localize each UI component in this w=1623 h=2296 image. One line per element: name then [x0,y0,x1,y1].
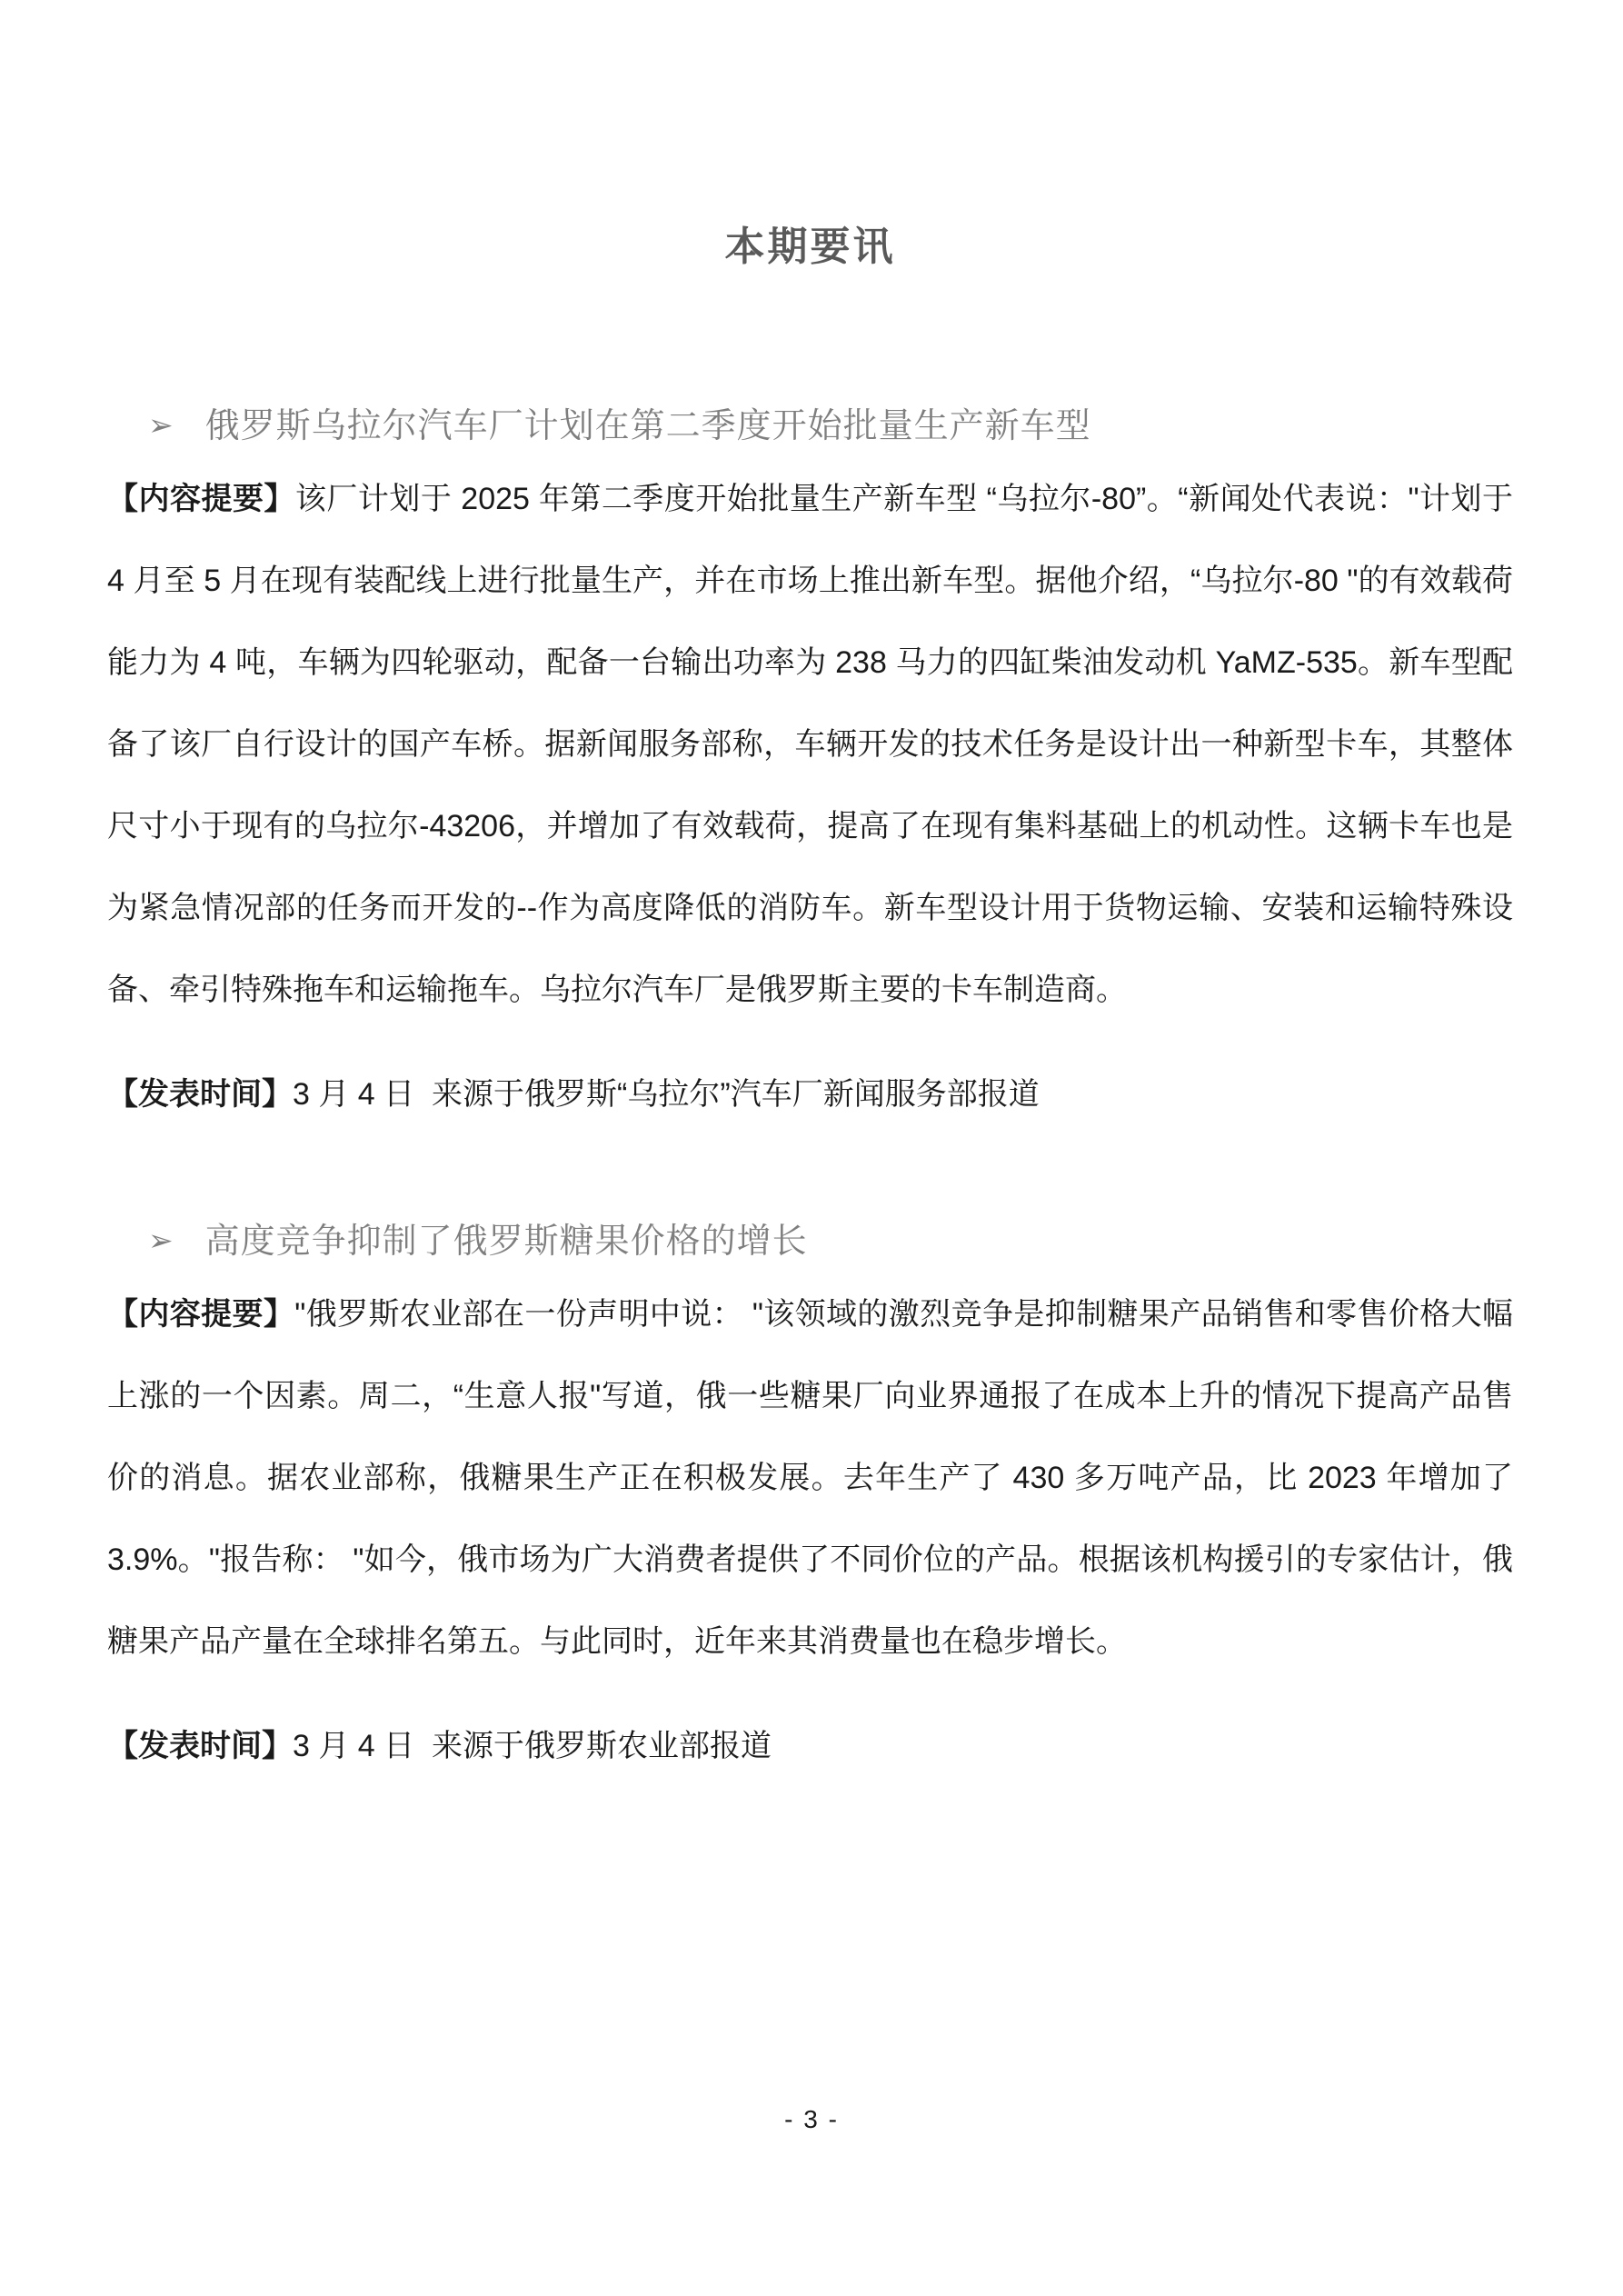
date-label: 【发表时间】 [107,1729,293,1763]
summary-text: "俄罗斯农业部在一份声明中说： "该领域的激烈竞争是抑制糖果产品销售和零售价格大… [107,1297,1513,1659]
arrow-bullet-icon: ➢ [148,1223,174,1258]
arrow-bullet-icon: ➢ [148,407,174,443]
summary-label: 【内容提要】 [107,482,295,516]
section-heading: ➢ 高度竞争抑制了俄罗斯糖果价格的增长 [107,1213,1513,1263]
summary-label: 【内容提要】 [107,1297,294,1332]
page-number: - 3 - [0,2105,1623,2134]
news-section-candy-prices: ➢ 高度竞争抑制了俄罗斯糖果价格的增长 【内容提要】"俄罗斯农业部在一份声明中说… [107,1213,1513,1787]
page-title: 本期要讯 [107,214,1513,272]
section-heading: ➢ 俄罗斯乌拉尔汽车厂计划在第二季度开始批量生产新车型 [107,397,1513,447]
date-text: 3 月 4 日 来源于俄罗斯农业部报道 [293,1729,772,1763]
summary-paragraph: 【内容提要】"俄罗斯农业部在一份声明中说： "该领域的激烈竞争是抑制糖果产品销售… [107,1273,1513,1682]
section-heading-text: 高度竞争抑制了俄罗斯糖果价格的增长 [205,1213,808,1263]
publish-date-line: 【发表时间】3 月 4 日 来源于俄罗斯“乌拉尔”汽车厂新闻服务部报道 [107,1053,1513,1135]
summary-text: 该厂计划于 2025 年第二季度开始批量生产新车型 “乌拉尔-80”。“新闻处代… [107,482,1513,1007]
section-heading-text: 俄罗斯乌拉尔汽车厂计划在第二季度开始批量生产新车型 [205,397,1091,447]
document-page: 本期要讯 ➢ 俄罗斯乌拉尔汽车厂计划在第二季度开始批量生产新车型 【内容提要】该… [0,0,1623,2296]
summary-paragraph: 【内容提要】该厂计划于 2025 年第二季度开始批量生产新车型 “乌拉尔-80”… [107,458,1513,1031]
publish-date-line: 【发表时间】3 月 4 日 来源于俄罗斯农业部报道 [107,1705,1513,1787]
date-label: 【发表时间】 [107,1077,293,1112]
news-section-ural-truck: ➢ 俄罗斯乌拉尔汽车厂计划在第二季度开始批量生产新车型 【内容提要】该厂计划于 … [107,397,1513,1135]
date-text: 3 月 4 日 来源于俄罗斯“乌拉尔”汽车厂新闻服务部报道 [293,1077,1040,1112]
